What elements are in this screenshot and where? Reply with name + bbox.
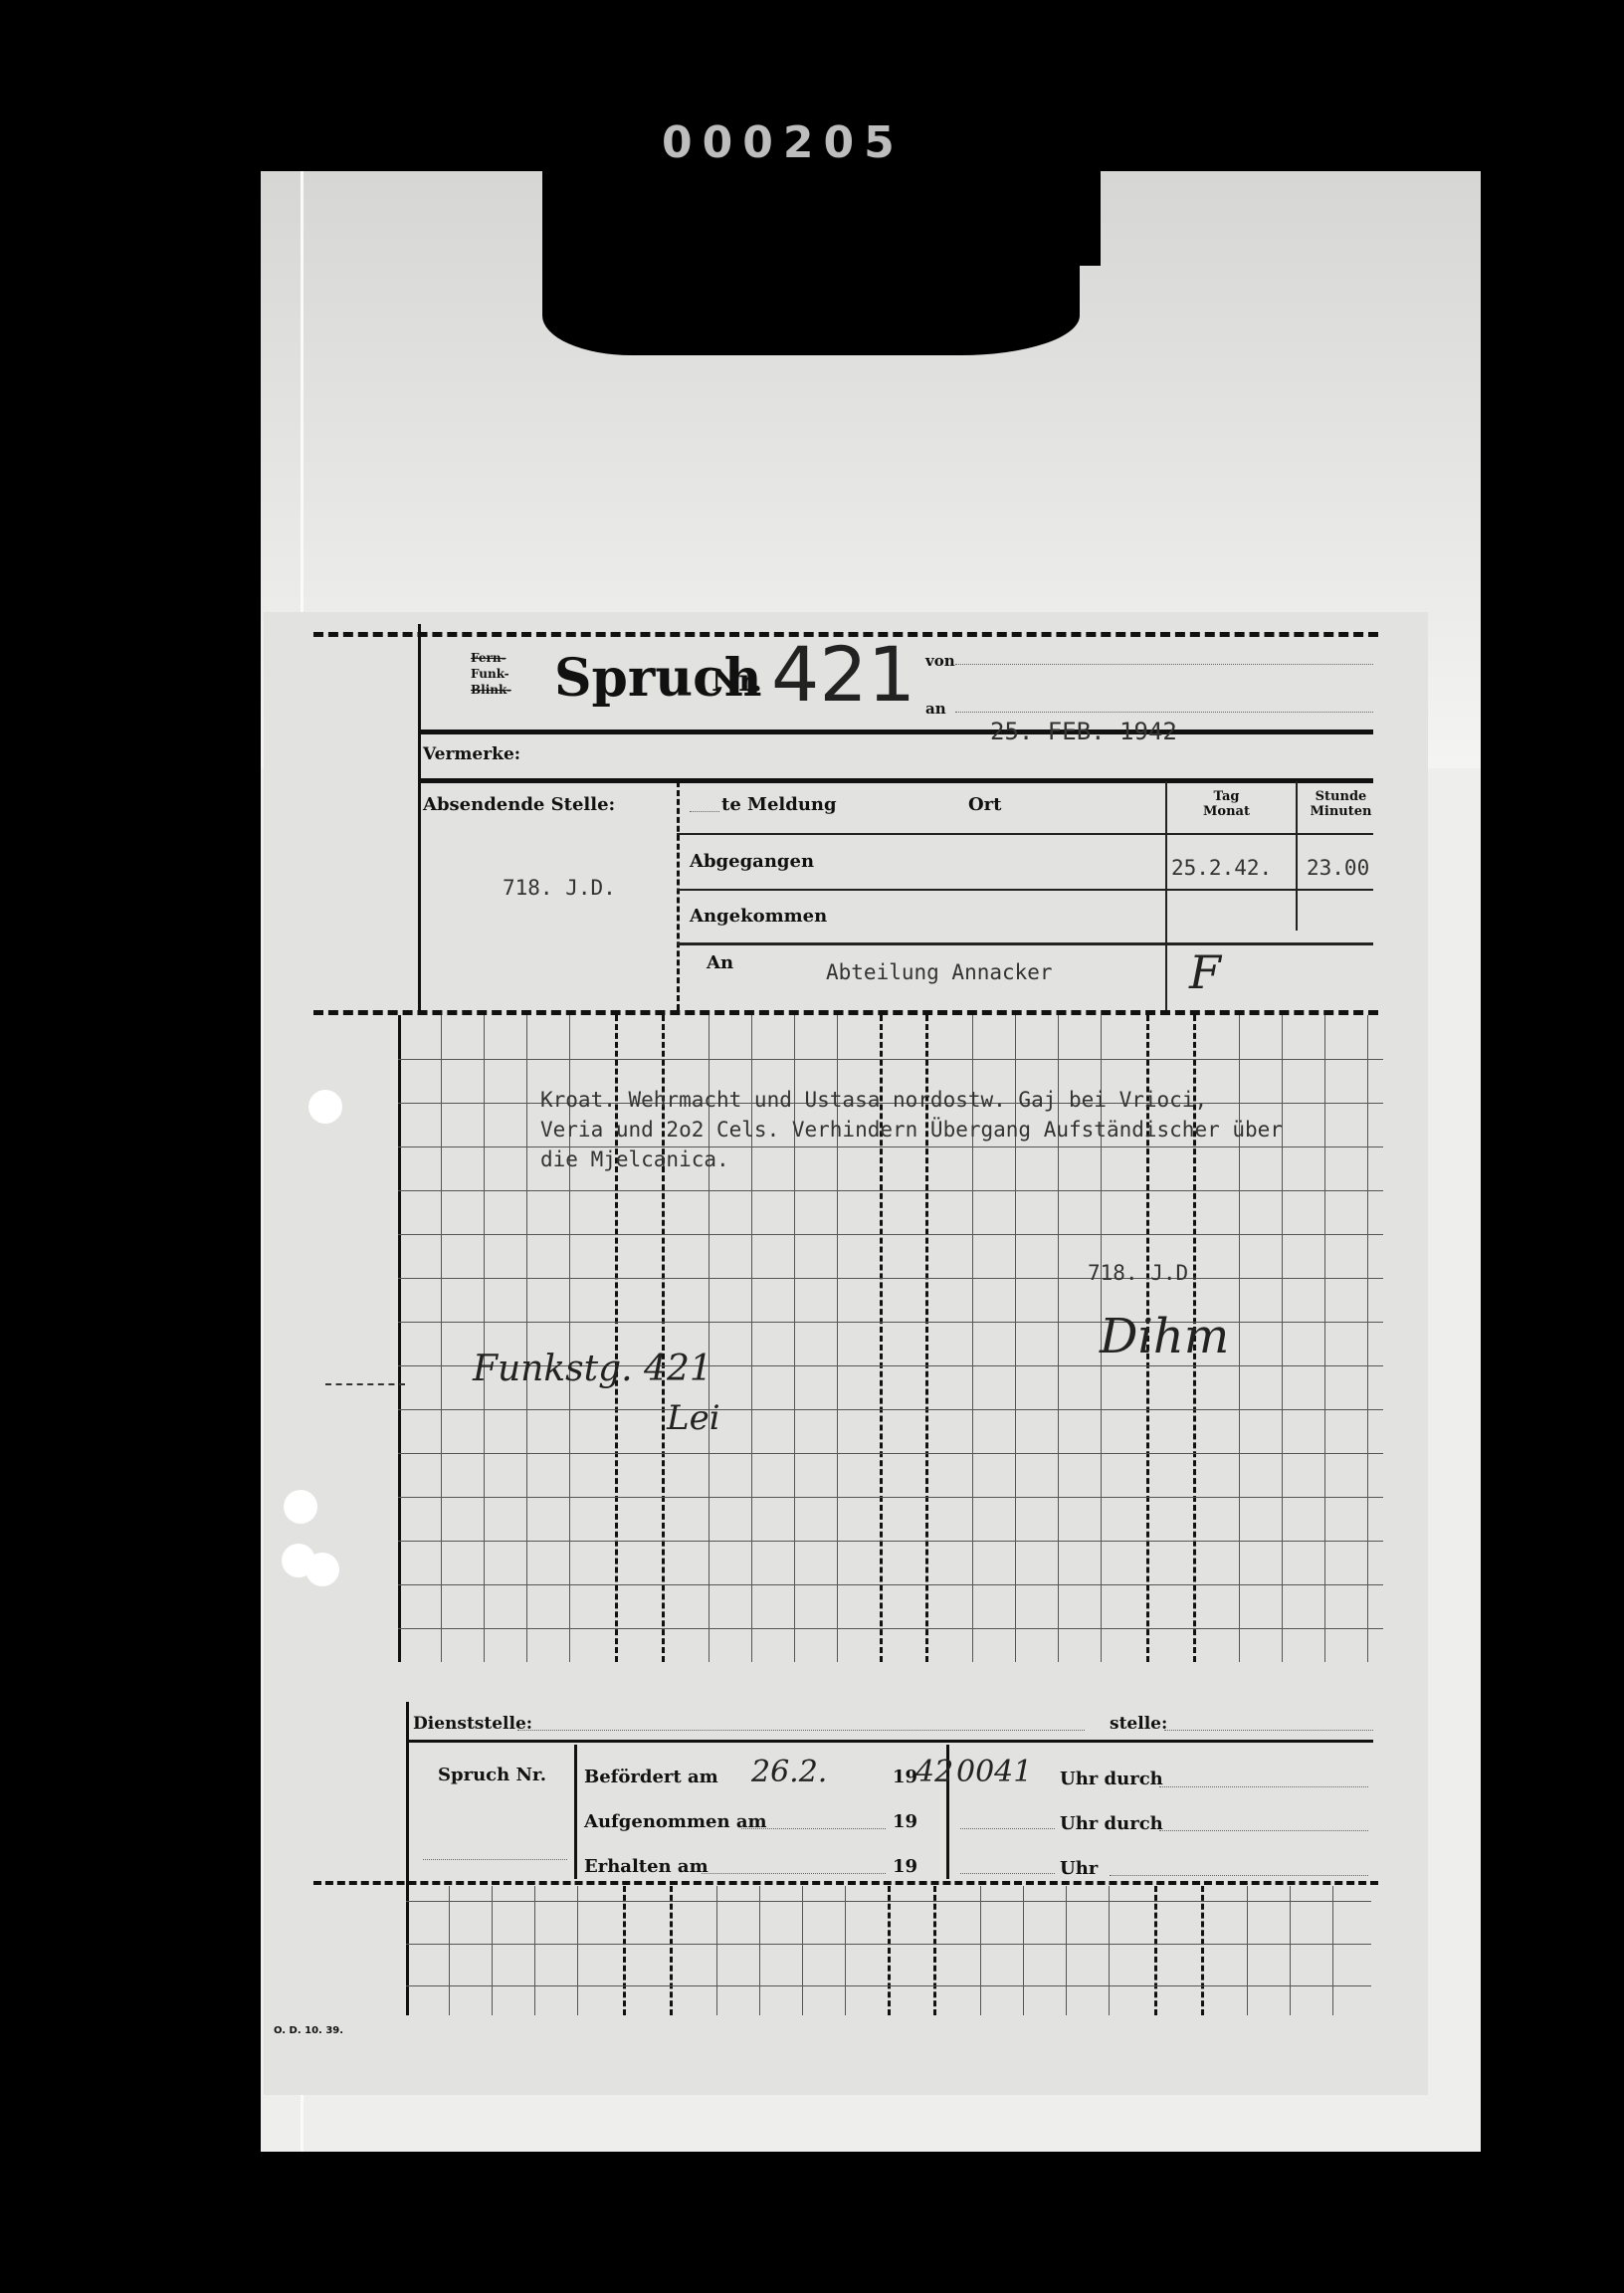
aufgenommen-uhr-label: Uhr durch bbox=[1060, 1813, 1163, 1834]
recipient-value: Abteilung Annacker bbox=[826, 960, 1053, 984]
aufgenommen-label: Aufgenommen am bbox=[584, 1811, 767, 1832]
befoerdert-time: 0041 bbox=[956, 1755, 1032, 1789]
abgegangen-label: Abgegangen bbox=[690, 851, 814, 872]
footer-rule bbox=[406, 1740, 1373, 1743]
vermerke-label: Vermerke: bbox=[423, 744, 520, 764]
routing-top-rule bbox=[418, 778, 1373, 783]
sender-divider bbox=[677, 781, 680, 1010]
dienststelle-label: Dienststelle: bbox=[413, 1714, 532, 1734]
befoerdert-durch-field bbox=[1159, 1786, 1368, 1787]
header-left-rule bbox=[418, 624, 421, 1012]
an-recipient-label: An bbox=[707, 952, 733, 973]
dienststelle-field bbox=[517, 1730, 1085, 1731]
tag-divider bbox=[1165, 781, 1167, 1010]
befoerdert-date: 26.2. bbox=[751, 1755, 827, 1789]
handwritten-initials: Lei bbox=[667, 1398, 720, 1438]
punch-hole bbox=[305, 1553, 339, 1586]
bottom-grid bbox=[406, 1886, 1371, 2015]
routing-rule-3 bbox=[677, 942, 1373, 945]
erhalten-label: Erhalten am bbox=[584, 1856, 709, 1877]
message-grid bbox=[398, 1015, 1383, 1662]
erhalten-time-field bbox=[960, 1873, 1055, 1874]
form-code: O. D. 10. 39. bbox=[274, 2025, 343, 2036]
frame-number: 000205 bbox=[662, 117, 905, 168]
margin-fold-mark bbox=[325, 1383, 405, 1385]
sender-value: 718. J.D. bbox=[503, 876, 616, 900]
message-form: Fern- Funk- Blink- Spruch Nr. 421 von an… bbox=[264, 612, 1428, 2095]
aufgenommen-date-field bbox=[741, 1828, 886, 1829]
meldung-prefix-field bbox=[690, 811, 719, 812]
stunde-divider bbox=[1296, 781, 1298, 931]
date-stamp: 25. FEB. 1942 bbox=[990, 718, 1177, 745]
message-number: 421 bbox=[771, 630, 915, 719]
von-field bbox=[955, 664, 1373, 665]
stunde-minuten-label: StundeMinuten bbox=[1304, 789, 1378, 819]
stelle-label: stelle: bbox=[1110, 1714, 1167, 1734]
type-option-blink: Blink- bbox=[471, 682, 511, 698]
handwritten-mark: F bbox=[1189, 945, 1221, 999]
stelle-field bbox=[1164, 1730, 1373, 1731]
message-line-3: die Mjelcanica. bbox=[540, 1147, 729, 1171]
binder-clip bbox=[542, 171, 1080, 355]
type-option-funk: Funk- bbox=[471, 666, 509, 682]
spruch-nr-field bbox=[423, 1859, 567, 1860]
erhalten-field bbox=[1110, 1875, 1368, 1876]
an-label: an bbox=[925, 700, 946, 718]
tag-label: Tag bbox=[1214, 789, 1240, 804]
handwritten-note-funkstelle: Funkstg. 421 bbox=[473, 1349, 712, 1389]
signature-unit: 718. J.D. bbox=[1088, 1261, 1201, 1285]
befoerdert-year-prefix: 19 bbox=[893, 1767, 917, 1787]
stunde-label: Stunde bbox=[1316, 789, 1367, 804]
message-line-2: Veria und 2o2 Cels. Verhindern Übergang … bbox=[540, 1118, 1283, 1142]
header-rule bbox=[418, 730, 1373, 734]
punch-hole bbox=[284, 1490, 317, 1524]
befoerdert-year: 42 bbox=[915, 1755, 953, 1789]
type-option-fern: Fern- bbox=[471, 650, 507, 666]
an-field bbox=[955, 712, 1373, 713]
erhalten-date-field bbox=[702, 1873, 886, 1874]
minuten-label: Minuten bbox=[1311, 804, 1372, 819]
erhalten-uhr-label: Uhr bbox=[1060, 1858, 1098, 1879]
sender-label: Absendende Stelle: bbox=[423, 794, 615, 815]
aufgenommen-time-field bbox=[960, 1828, 1055, 1829]
von-label: von bbox=[925, 652, 955, 670]
spruch-box-divider bbox=[574, 1745, 577, 1879]
signature: Dihm bbox=[1100, 1309, 1229, 1364]
angekommen-label: Angekommen bbox=[690, 906, 827, 927]
routing-rule-2 bbox=[677, 889, 1373, 891]
number-label: Nr. bbox=[711, 664, 762, 699]
punch-hole bbox=[308, 1090, 342, 1124]
befoerdert-label: Befördert am bbox=[584, 1767, 718, 1787]
abgegangen-date: 25.2.42. bbox=[1171, 856, 1272, 880]
ort-label: Ort bbox=[968, 794, 1001, 815]
tag-monat-label: TagMonat bbox=[1189, 789, 1264, 819]
routing-rule-1 bbox=[677, 833, 1373, 835]
spruch-nr-label: Spruch Nr. bbox=[438, 1765, 546, 1785]
monat-label: Monat bbox=[1203, 804, 1250, 819]
aufgenommen-durch-field bbox=[1159, 1830, 1368, 1831]
aufgenommen-year-prefix: 19 bbox=[893, 1811, 917, 1832]
meldung-label: te Meldung bbox=[721, 794, 837, 815]
binder-clip-tab bbox=[1065, 171, 1101, 266]
message-line-1: Kroat. Wehrmacht und Ustasa nordostw. Ga… bbox=[540, 1088, 1207, 1112]
perforation-bottom bbox=[313, 1881, 1378, 1885]
erhalten-year-prefix: 19 bbox=[893, 1856, 917, 1877]
befoerdert-uhr-label: Uhr durch bbox=[1060, 1769, 1163, 1789]
abgegangen-time: 23.00 bbox=[1307, 856, 1369, 880]
